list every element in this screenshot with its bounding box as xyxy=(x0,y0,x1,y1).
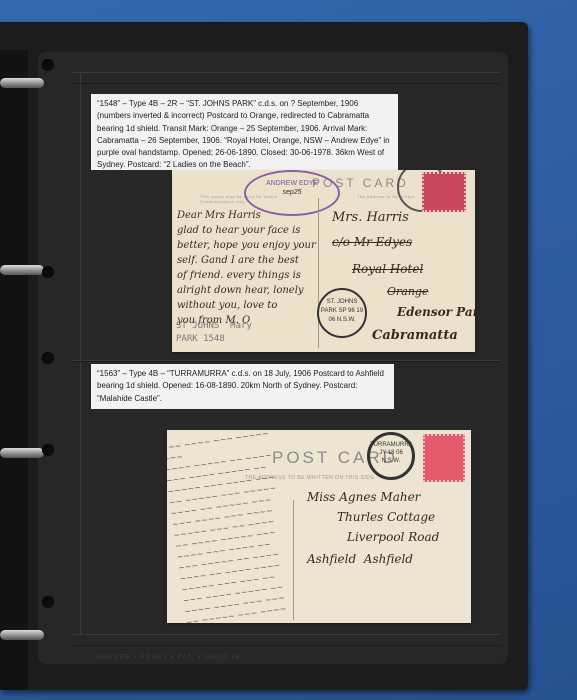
address-line: Edensor Park xyxy=(397,305,475,319)
address-line: Liverpool Road xyxy=(347,530,439,544)
st-johns-park-postmark: ST. JOHNS PARK SP 96 19 06 N.S.W. xyxy=(317,288,367,338)
pencil-note: ST JOHNS Mary PARK 1548 xyxy=(176,320,252,346)
punch-hole xyxy=(42,596,54,608)
handstamp-date: sep25 xyxy=(246,189,338,196)
punch-hole xyxy=(42,444,54,456)
binder-spine xyxy=(0,50,28,690)
1d-shield-stamp xyxy=(423,434,465,482)
card-divider xyxy=(318,198,319,348)
postcard-st-johns-park: POST CARD This space may be used for Inl… xyxy=(172,170,475,352)
binder-ring xyxy=(0,265,44,275)
handwritten-message: Dear Mrs Harris glad to hear your face i… xyxy=(177,208,316,328)
address-line: Cabramatta xyxy=(372,328,458,343)
page-imprint: HAGNER • PEARL • PAT. • MADE IN xyxy=(95,654,241,661)
postmark-text: ST. JOHNS PARK SP 96 19 06 N.S.W. xyxy=(319,290,365,325)
punch-hole xyxy=(42,352,54,364)
pocket-strip xyxy=(73,634,501,646)
address-line: Miss Agnes Maher xyxy=(307,490,420,504)
pocket-strip xyxy=(73,360,501,362)
address-line: Ashfield Ashfield xyxy=(307,552,413,566)
1d-shield-stamp xyxy=(422,172,466,212)
address-line: Thurles Cottage xyxy=(337,510,435,524)
binder-ring xyxy=(0,78,44,88)
pocket-strip xyxy=(73,72,501,84)
address-line: c/o Mr Edyes xyxy=(332,235,412,249)
address-line: Royal Hotel xyxy=(352,262,423,276)
page-margin-line xyxy=(80,74,81,634)
handstamp-text: ANDREW EDYE xyxy=(246,180,338,187)
binder-ring xyxy=(0,448,44,458)
postcard-turramurra: POST CARD THE ADDRESS TO BE WRITTEN ON T… xyxy=(167,430,471,623)
punch-hole xyxy=(42,59,54,71)
postmark-text: TURRAMURRA JY 18 06 N.S.W. xyxy=(370,435,412,465)
caption-1548: “1548” – Type 4B – 2R – “ST. JOHNS PARK”… xyxy=(91,94,398,170)
punch-hole xyxy=(42,266,54,278)
turramurra-postmark: TURRAMURRA JY 18 06 N.S.W. xyxy=(367,432,415,480)
caption-1563: “1563” – Type 4B – “TURRAMURRA” c.d.s. o… xyxy=(91,364,394,409)
address-line: Orange xyxy=(387,285,428,298)
binder-ring xyxy=(0,630,44,640)
address-line: Mrs. Harris xyxy=(332,210,409,225)
